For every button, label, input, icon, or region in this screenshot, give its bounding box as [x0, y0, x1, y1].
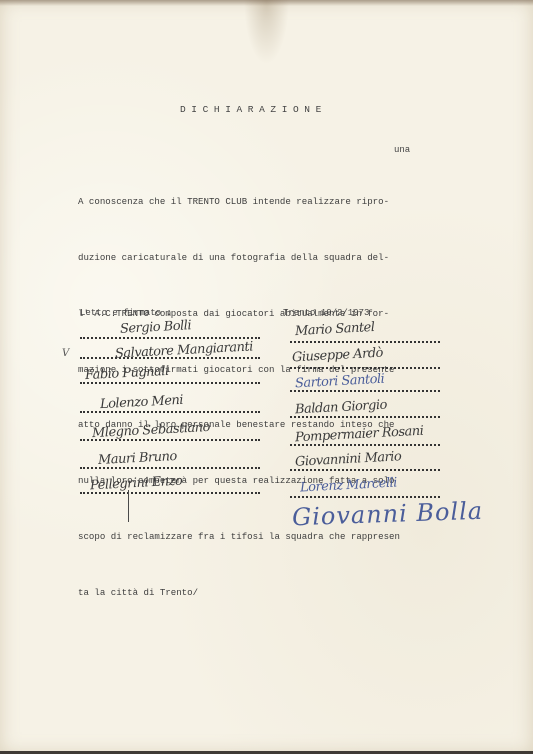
inserted-word: una: [394, 145, 410, 155]
place-date: Trento 10/2/1973: [283, 308, 369, 318]
document-page: DICHIARAZIONE una A conoscenza che il TR…: [0, 0, 533, 754]
read-and-signed-label: Letto e firmato :: [80, 308, 172, 318]
body-line: A conoscenza che il TRENTO CLUB intende …: [78, 193, 458, 212]
document-title: DICHIARAZIONE: [180, 104, 327, 115]
body-line: scopo di reclamizzare fra i tifosi la sq…: [78, 528, 458, 547]
margin-check-mark: V: [62, 348, 69, 359]
body-line: duzione caricaturale di una fotografia d…: [78, 249, 458, 268]
body-line: ta la città di Trento/: [78, 584, 458, 603]
paper-top-edge: [0, 0, 533, 6]
signature-stroke: [128, 490, 129, 522]
